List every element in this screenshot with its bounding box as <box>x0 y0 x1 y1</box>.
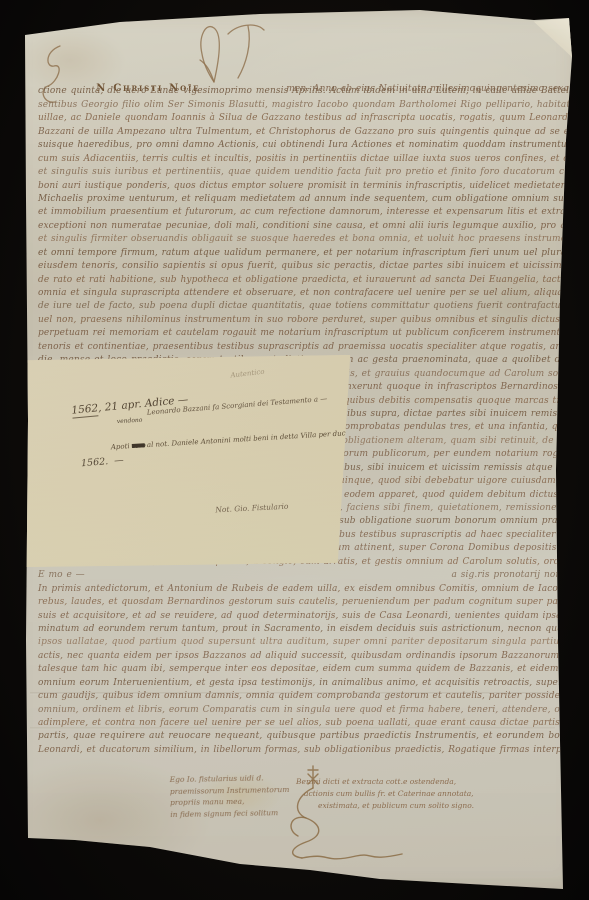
parchment-sheet: N Christi Noĩemen. Anno ab eius Natiuita… <box>0 0 589 900</box>
note2-pre: Apoti <box>111 442 132 451</box>
manuscript-line: omnia et singula suprascripta attendere … <box>38 288 565 301</box>
manuscript-line: E mo e — a sig.ris pronotarij nomine con… <box>38 570 565 583</box>
manuscript-line: In primis antedictorum, et Antonium de R… <box>38 584 565 597</box>
manuscript-line: ctione quinta, die uero Lunae vigesimopr… <box>38 86 565 99</box>
manuscript-line: suisque haeredibus, pro omni damno Actio… <box>38 140 565 153</box>
manuscript-line: omnium, ordinem et libris, eorum Compara… <box>38 705 565 718</box>
manuscript-line: tenoris et continentiae, praesentibus te… <box>38 342 565 355</box>
manuscript-line: et singulis suis iuribus et pertinentiis… <box>38 167 565 180</box>
manuscript-line: Michaelis proxime uenturum, et reliquam … <box>38 194 565 207</box>
manuscript-line: actis, nec quanta eidem per ipsos Bazzan… <box>38 651 565 664</box>
folded-corner <box>531 15 575 61</box>
notary-reference-note: Not. Gio. Fistulario <box>215 502 288 515</box>
manuscript-line: et immobilium praesentium et futurorum, … <box>38 207 565 220</box>
manuscript-line: ipsos uallatae, quod partium quod supers… <box>38 637 565 650</box>
closing-clauses: Ber.mi dicti et extracta cott.e ostenden… <box>296 777 474 814</box>
closing-line: Ber.mi dicti et extracta cott.e ostenden… <box>296 777 474 789</box>
manuscript-line: partis, quae requirere aut reuocare nequ… <box>38 731 565 744</box>
manuscript-line: adimplere, et contra non facere uel ueni… <box>38 718 565 731</box>
manuscript-line: uel non, praesens nihilominus instrument… <box>38 315 565 328</box>
manuscript-line: de rato et rati habitione, sub hypotheca… <box>38 275 565 288</box>
manuscript-line: et singulis firmiter obseruandis obligau… <box>38 234 565 247</box>
manuscript-line: omnium eorum Interuenientium, et gesta i… <box>38 678 565 691</box>
inserted-word: vendono <box>117 417 143 426</box>
manuscript-line: uillae, ac Daniele quondam Ioannis à Sil… <box>38 113 565 126</box>
manuscript-line: perpetuam rei memoriam et cautelam rogau… <box>38 328 565 341</box>
manuscript-line: cum gaudijs, quibus idem omnium damnis, … <box>38 691 565 704</box>
manuscript-line: de iure uel de facto, sub poena dupli di… <box>38 301 565 314</box>
manuscript-line: minatum ad eorundem rerum tantum, prout … <box>38 624 565 637</box>
date-year: 1562 <box>71 402 99 418</box>
manuscript-line: suis et acquisitore, et ad se reuidere, … <box>38 611 565 624</box>
manuscript-line: Bazzani de uilla Ampezano ultra Tulmentu… <box>38 127 565 140</box>
slip-note-line2: Apoti oooo al not. Daniele Antonini molt… <box>92 421 348 460</box>
closing-line: existimata, et publicum cum solito signo… <box>296 801 474 813</box>
manuscript-headline: N Christi Noĩemen. Anno ab eius Natiuita… <box>38 73 565 86</box>
manuscript-line: rebus, laudes, et quosdam Bernardinos ge… <box>38 597 565 610</box>
manuscript-line: Leonardi, et ducatorum similium, in libe… <box>38 745 565 758</box>
photograph-backdrop: N Christi Noĩemen. Anno ab eius Natiuita… <box>0 0 589 900</box>
closing-line: actionis cum bullis fr. et Caterinae ann… <box>296 789 474 801</box>
manuscript-line: boni auri iustique ponderis, quos dictus… <box>38 181 565 194</box>
struck-word: oooo <box>132 441 145 450</box>
manuscript-line: talesque tam hic quam ibi, semperque int… <box>38 664 565 677</box>
closing-line: in fidem signum feci solitum <box>170 808 290 822</box>
note2-post: al not. Daniele Antonini molti beni in d… <box>144 429 348 449</box>
manuscript-line: et omni tempore firmum, ratum atque uali… <box>38 248 565 261</box>
manuscript-line: exceptioni non numeratae pecuniae, doli … <box>38 221 565 234</box>
manuscript-line: eiusdem tenoris, consilio sapientis si o… <box>38 261 565 274</box>
year-note: 1562. — <box>81 455 124 469</box>
manuscript-line: cum suis Adiacentiis, terris cultis et i… <box>38 154 565 167</box>
archival-slip: Autentico 1562, 21 apr. Adice — Leonardo… <box>18 355 351 567</box>
faint-archivist-note: Autentico <box>230 368 265 380</box>
manuscript-line: sentibus Georgio filio olim Ser Simonis … <box>38 100 565 113</box>
notary-subscription: Ego Io. fistularius uidi d.praemissorum … <box>170 773 290 821</box>
